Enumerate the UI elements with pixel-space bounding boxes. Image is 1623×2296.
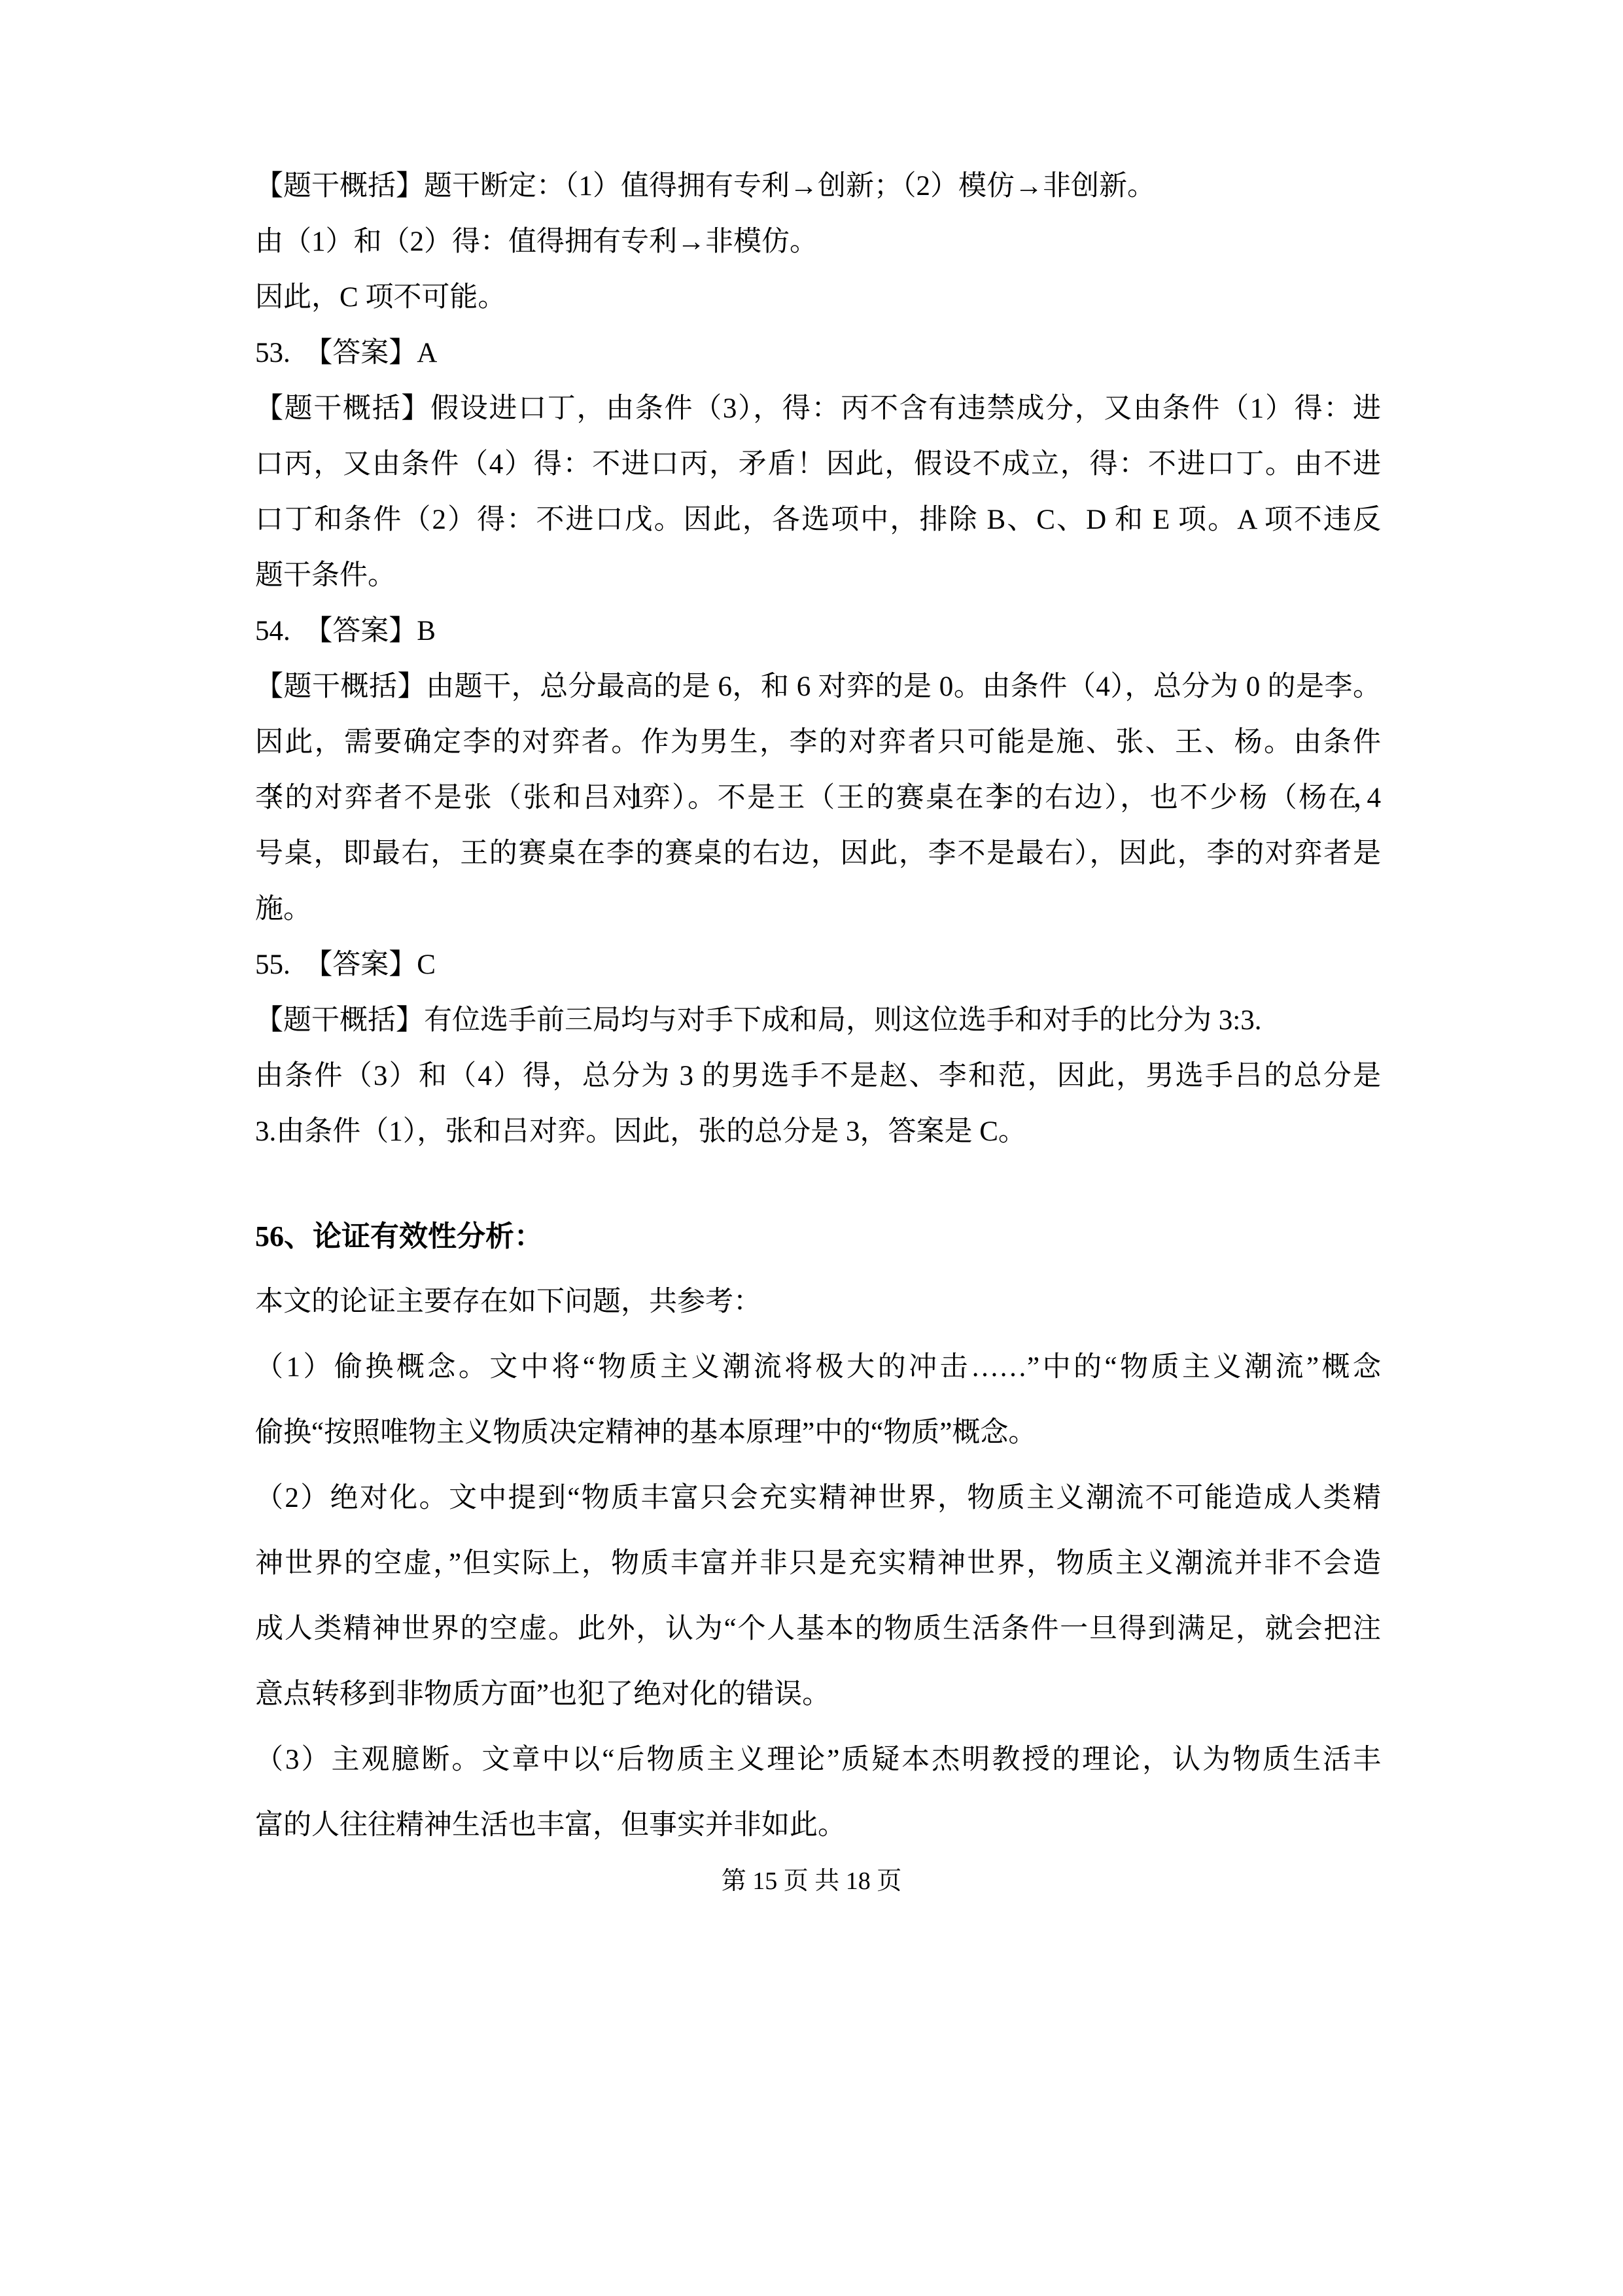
text-line: 【题干概括】假设进口丁，由条件（3），得：丙不含有违禁成分，又由条件（1）得：进 <box>255 381 1381 436</box>
text-line: 意点转移到非物质方面”也犯了绝对化的错误。 <box>255 1662 1381 1727</box>
text-line: 李的对弈者不是张（张和吕对弈）。不是王（王的赛桌在李的右边），也不少杨（杨在 4 <box>255 770 1381 826</box>
text-line: 本文的论证主要存在如下问题，共参考： <box>255 1269 1381 1335</box>
text-line: 成人类精神世界的空虚。此外，认为“个人基本的物质生活条件一旦得到满足，就会把注 <box>255 1597 1381 1662</box>
text-line: 号桌，即最右，王的赛桌在李的赛桌的右边，因此，李不是最右），因此，李的对弈者是 <box>255 826 1381 881</box>
text-line: 因此，C 项不可能。 <box>255 270 1381 325</box>
text-line: 【题干概括】有位选手前三局均与对手下成和局，则这位选手和对手的比分为 3:3. <box>255 993 1381 1048</box>
text-line: （1）偷换概念。文中将“物质主义潮流将极大的冲击……”中的“物质主义潮流”概念 <box>255 1335 1381 1400</box>
text-line: 施。 <box>255 881 1381 937</box>
text-line: 3.由条件（1），张和吕对弈。因此，张的总分是 3，答案是 C。 <box>255 1104 1381 1159</box>
text-line: 因此，需要确定李的对弈者。作为男生，李的对弈者只可能是施、张、王、杨。由条件（1… <box>255 715 1381 770</box>
page-footer: 第 15 页 共 18 页 <box>0 1862 1623 1901</box>
text-line: 偷换“按照唯物主义物质决定精神的基本原理”中的“物质”概念。 <box>255 1400 1381 1466</box>
text-line: 神世界的空虚，”但实际上，物质丰富并非只是充实精神世界，物质主义潮流并非不会造 <box>255 1531 1381 1597</box>
text-line: 【题干概括】题干断定：（1）值得拥有专利→创新；（2）模仿→非创新。 <box>255 158 1381 214</box>
text-line: （2）绝对化。文中提到“物质丰富只会充实精神世界，物质主义潮流不可能造成人类精 <box>255 1466 1381 1531</box>
text-line: 口丙，又由条件（4）得：不进口丙，矛盾！因此，假设不成立，得：不进口丁。由不进 <box>255 436 1381 492</box>
answer-line-53: 53. 【答案】A <box>255 325 1381 381</box>
text-line: （3）主观臆断。文章中以“后物质主义理论”质疑本杰明教授的理论，认为物质生活丰 <box>255 1727 1381 1793</box>
text-line: 口丁和条件（2）得：不进口戊。因此，各选项中，排除 B、C、D 和 E 项。A … <box>255 492 1381 548</box>
section-heading-56: 56、论证有效性分析： <box>255 1204 1381 1269</box>
essay-analysis-section: 56、论证有效性分析： 本文的论证主要存在如下问题，共参考： （1）偷换概念。文… <box>255 1204 1381 1858</box>
text-line: 由条件（3）和（4）得，总分为 3 的男选手不是赵、李和范，因此，男选手吕的总分… <box>255 1048 1381 1104</box>
text-line: 【题干概括】由题干，总分最高的是 6，和 6 对弈的是 0。由条件（4），总分为… <box>255 659 1381 715</box>
answer-line-54: 54. 【答案】B <box>255 603 1381 659</box>
text-line: 富的人往往精神生活也丰富，但事实并非如此。 <box>255 1793 1381 1858</box>
text-line: 由（1）和（2）得：值得拥有专利→非模仿。 <box>255 214 1381 270</box>
answer-key-section: 【题干概括】题干断定：（1）值得拥有专利→创新；（2）模仿→非创新。 由（1）和… <box>255 158 1381 1159</box>
document-page: 【题干概括】题干断定：（1）值得拥有专利→创新；（2）模仿→非创新。 由（1）和… <box>0 0 1623 2296</box>
text-line: 题干条件。 <box>255 548 1381 603</box>
answer-line-55: 55. 【答案】C <box>255 937 1381 993</box>
